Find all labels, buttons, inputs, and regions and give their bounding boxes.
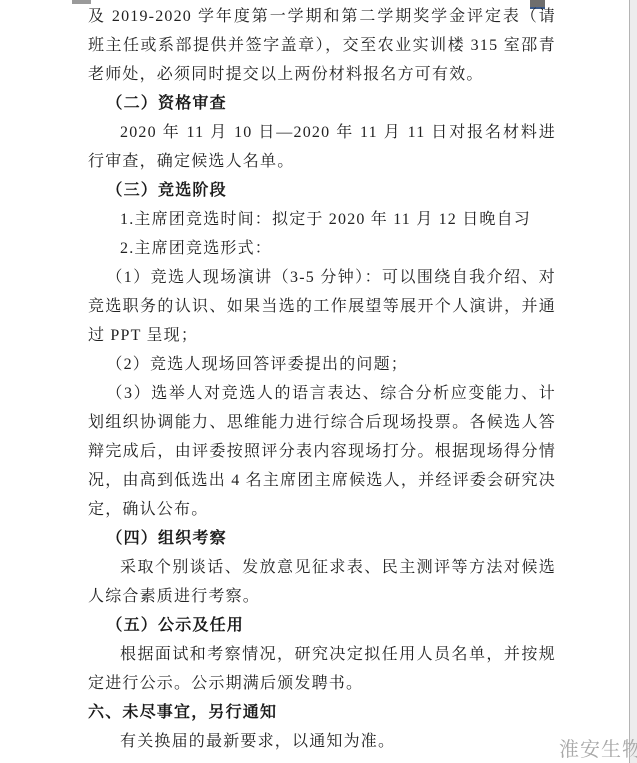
section-heading: （五）公示及任用 — [88, 611, 556, 640]
section-heading: （二）资格审查 — [88, 89, 556, 118]
paragraph: （1）竞选人现场演讲（3-5 分钟）：可以围绕自我介绍、对竞选职务的认识、如果当… — [88, 263, 556, 350]
section-heading: （三）竞选阶段 — [88, 176, 556, 205]
watermark: 淮安生物 — [559, 733, 637, 762]
paragraph: 2.主席团竞选形式： — [88, 234, 556, 263]
paragraph: 及 2019-2020 学年度第一学期和第二学期奖学金评定表（请班主任或系部提供… — [88, 2, 556, 89]
paragraph: 有关换届的最新要求，以通知为准。 — [88, 727, 556, 756]
paragraph: 采取个别谈话、发放意见征求表、民主测评等方法对候选人综合素质进行考察。 — [88, 553, 556, 611]
document-body: 及 2019-2020 学年度第一学期和第二学期奖学金评定表（请班主任或系部提供… — [88, 2, 556, 756]
section-heading: 六、未尽事宜，另行通知 — [88, 698, 556, 727]
document-page: 及 2019-2020 学年度第一学期和第二学期奖学金评定表（请班主任或系部提供… — [0, 0, 637, 763]
section-heading: （四）组织考察 — [88, 524, 556, 553]
paragraph: （2）竞选人现场回答评委提出的问题； — [88, 350, 556, 379]
paragraph: 根据面试和考察情况，研究决定拟任用人员名单，并按规定进行公示。公示期满后颁发聘书… — [88, 640, 556, 698]
paragraph: 1.主席团竞选时间：拟定于 2020 年 11 月 12 日晚自习 — [88, 205, 556, 234]
page-edge — [629, 0, 637, 763]
paragraph: （3）选举人对竞选人的语言表达、综合分析应变能力、计划组织协调能力、思维能力进行… — [88, 379, 556, 524]
paragraph: 2020 年 11 月 10 日—2020 年 11 月 11 日对报名材料进行… — [88, 118, 556, 176]
